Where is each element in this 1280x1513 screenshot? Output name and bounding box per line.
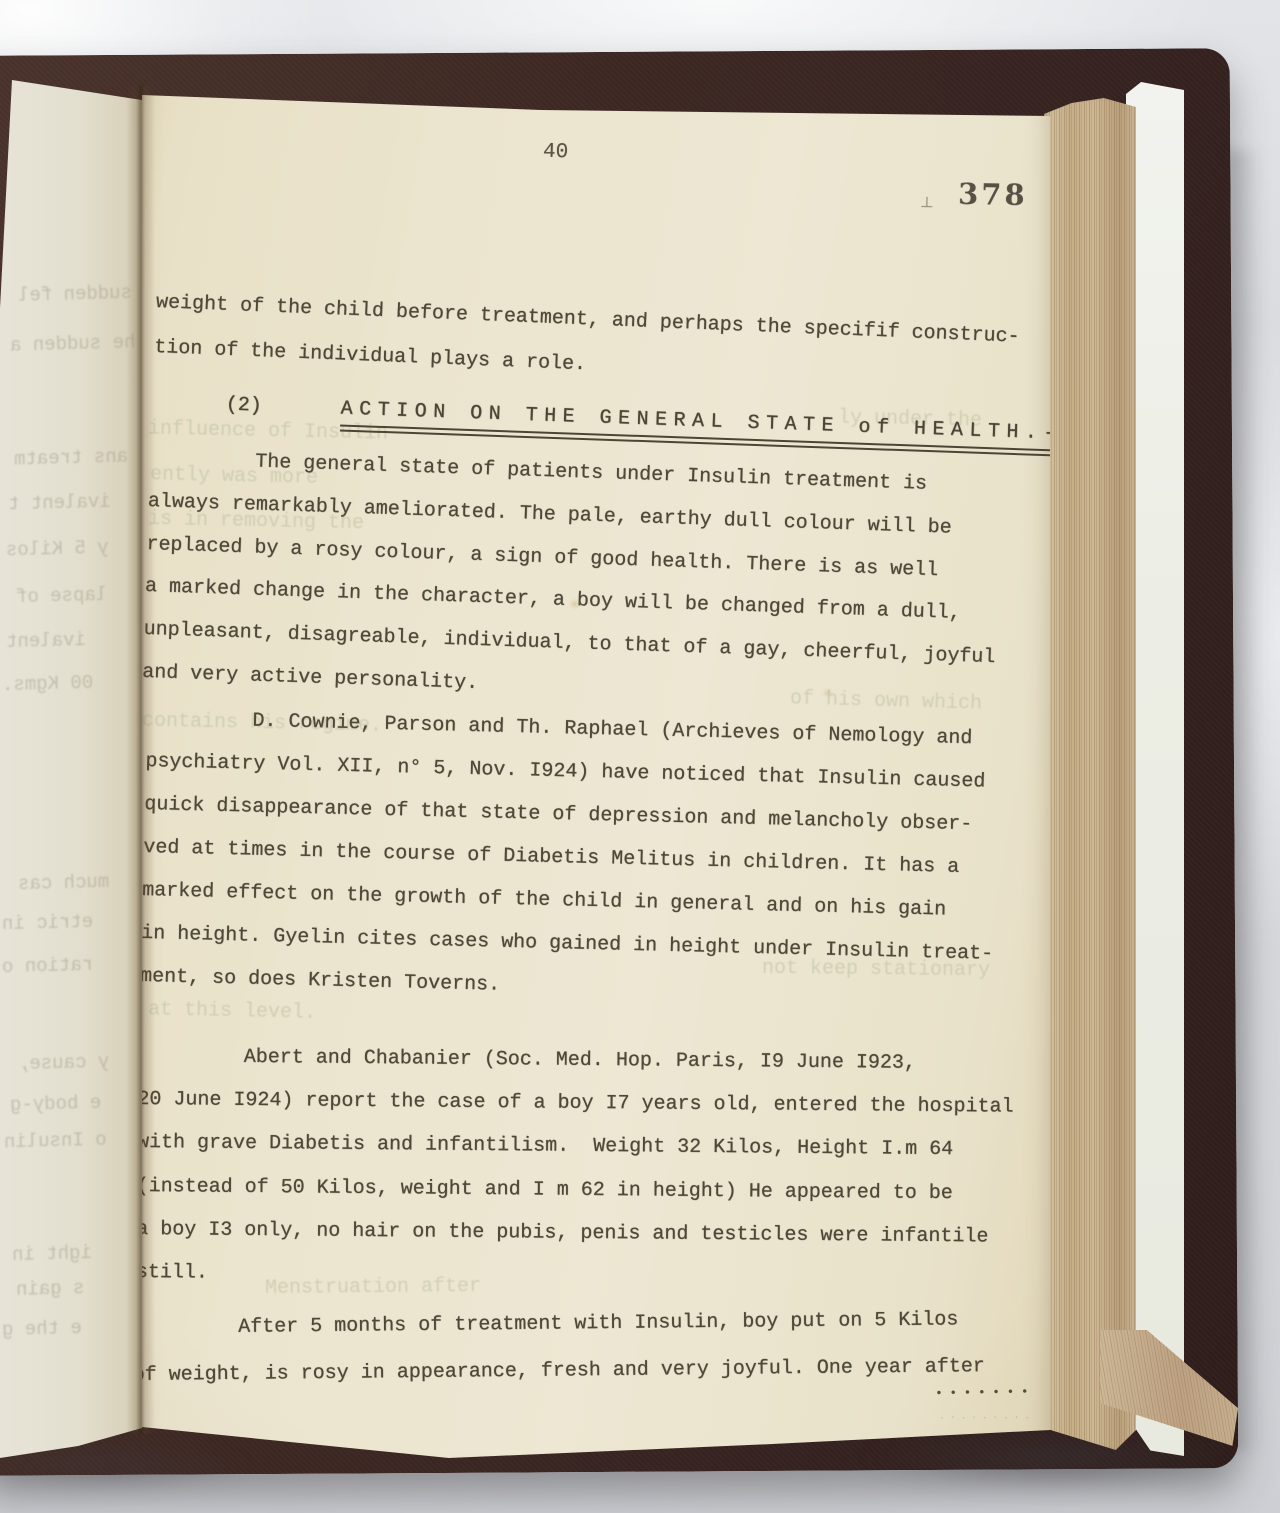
ghost-bleedthrough-text: much cas (18, 871, 110, 895)
left-facing-page: a sudden felhe sudden aans treatmivalent… (0, 80, 142, 1458)
typewritten-page: influence of Insulinly under theently wa… (125, 85, 1050, 1463)
stamp-number: 378 (958, 177, 1028, 212)
trailing-dots: ••••••• (935, 1384, 1035, 1401)
typewritten-line: still. (136, 1251, 1012, 1302)
photo-backdrop: a sudden felhe sudden aans treatmivalent… (0, 0, 1280, 1513)
ghost-bleedthrough-text: he sudden a (10, 331, 136, 356)
ghost-bleedthrough-text: 00 Kgms. (2, 672, 94, 696)
typewritten-line: a boy I3 only, no hair on the pubis, pen… (136, 1208, 1012, 1259)
typewritten-line: (instead of 50 Kilos, weight and I m 62 … (136, 1165, 1012, 1216)
section-number: (2) (225, 393, 341, 420)
book-page-edges (1044, 98, 1136, 1450)
typewritten-line: of weight, is rosy in appearance, fresh … (132, 1343, 985, 1399)
typewritten-line: with grave Diabetis and infantilism. Wei… (137, 1121, 1013, 1172)
ghost-bleedthrough-text: e body-g (10, 1092, 102, 1116)
stamp-mark: ⊥ (920, 193, 934, 211)
trailing-dots-impression: ·⋅·⋅·⋅·⋅· (939, 1411, 1035, 1425)
ghost-bleedthrough-text: s gain (16, 1277, 85, 1301)
ghost-bleedthrough-text: ivalent t (8, 491, 111, 516)
paragraph-after-treatment: After 5 months of treatment with Insulin… (132, 1296, 985, 1399)
paragraph-cownie: D. Cownie, Parson and Th. Raphael (Archi… (140, 697, 999, 1019)
page-number: 40 (543, 141, 569, 165)
bleedthrough-text: at this level. (148, 998, 316, 1026)
ghost-bleedthrough-text: ans treatm (14, 446, 129, 471)
ghost-bleedthrough-text: etric in (2, 911, 94, 935)
paragraph-general-state: The general state of patients under Insu… (141, 438, 1001, 723)
ghost-bleedthrough-text: ivalent (6, 629, 86, 653)
ghost-bleedthrough-text: y cause, (18, 1051, 110, 1075)
ghost-bleedthrough-text: a sudden fel (18, 281, 155, 307)
paragraph-abert-chabanier: Abert and Chabanier (Soc. Med. Hop. Pari… (136, 1035, 1014, 1302)
ghost-bleedthrough-text: e the g (2, 1317, 82, 1341)
typewritten-line: Abert and Chabanier (Soc. Med. Hop. Pari… (138, 1035, 1014, 1086)
ghost-bleedthrough-text: o Insulin (4, 1129, 107, 1154)
ghost-bleedthrough-text: y 5 Kilos (6, 537, 109, 562)
typewritten-line: 20 June I924) report the case of a boy I… (137, 1078, 1013, 1129)
archive-stamp: ⊥378 (920, 176, 1028, 212)
ghost-bleedthrough-text: ration o (2, 954, 94, 978)
ghost-bleedthrough-text: lapse of (16, 584, 108, 608)
ghost-bleedthrough-text: ight in (12, 1242, 92, 1266)
